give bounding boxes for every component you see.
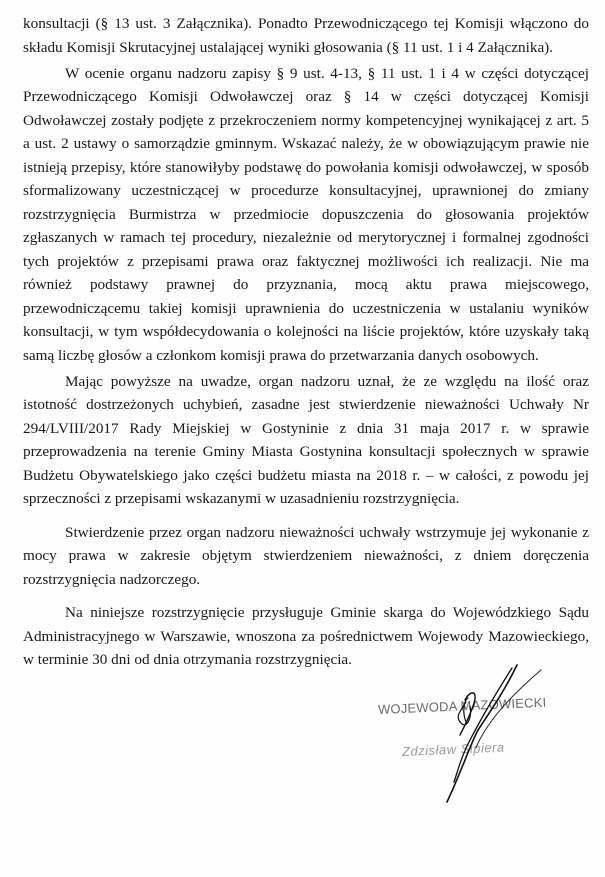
paragraph-appeal-instruction: Na niniejsze rozstrzygnięcie przysługuje… [23, 601, 589, 672]
paragraph-invalidity-ruling: Mając powyższe na uwadze, organ nadzoru … [23, 370, 589, 511]
official-stamp-title: WOJEWODA MAZOWIECKI [378, 695, 547, 717]
paragraph-suspension-effect: Stwierdzenie przez organ nadzoru nieważn… [23, 521, 589, 592]
signer-name: Zdzisław Sipiera [402, 740, 505, 759]
paragraph-consultation-commission: konsultacji (§ 13 ust. 3 Załącznika). Po… [23, 12, 589, 59]
paragraph-supervisory-assessment: W ocenie organu nadzoru zapisy § 9 ust. … [23, 62, 589, 368]
document-page: konsultacji (§ 13 ust. 3 Załącznika). Po… [0, 0, 605, 877]
document-body: konsultacji (§ 13 ust. 3 Załącznika). Po… [23, 12, 589, 672]
